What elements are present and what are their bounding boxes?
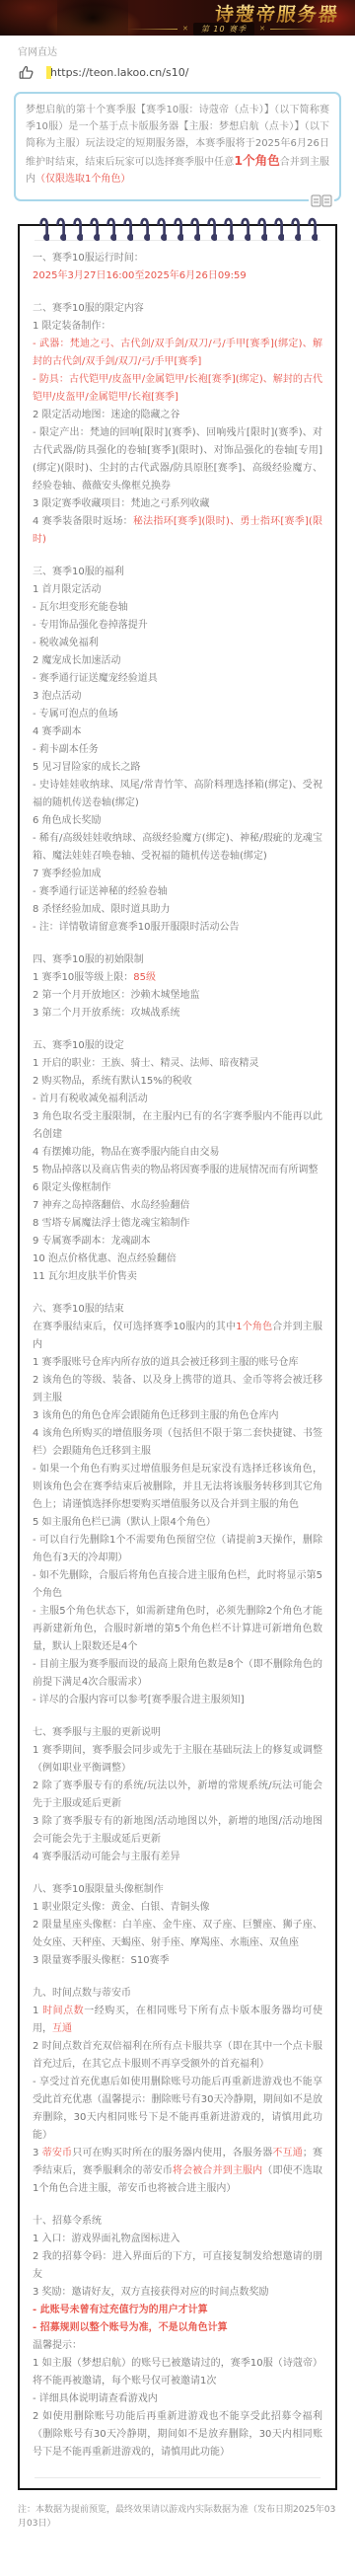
doc-line: 2 魔宠成长加速活动: [33, 652, 322, 670]
spiral-ring-icon: [55, 213, 66, 243]
doc-line: 7 神弃之岛掉落翻倍、水岛经验翻倍: [33, 1197, 322, 1215]
doc-line: 1 入口：游戏界面礼物盒图标进入: [33, 2231, 322, 2248]
text-segment: 2 如使用删除账号功能后再重新进游戏也不能享受此招募令福利（删除账号有30天冷静…: [33, 2411, 322, 2458]
doc-line: 3 限量赛季服头像框：S10赛季: [33, 1952, 322, 1970]
text-segment: 1 开启的职业：王族、骑士、精灵、法师、暗夜精灵: [33, 1058, 259, 1069]
doc-section: 六、赛季10服的结束在赛季服结束后，仅可选择赛季10服内的其中1个角色合并到主服…: [33, 1301, 322, 1709]
banner-subtitle: 第 10 赛季: [193, 23, 254, 36]
text-segment: 四、赛季10服的初始限制: [33, 954, 144, 965]
highlight-text-segment: - 防具：古代铠甲/皮盔甲/金属铠甲/长袍[赛季](绑定)、解封的古代铠甲/皮盔…: [33, 374, 322, 403]
doc-line: 4 赛季装备限时返场：秘法指环[赛季](限时)、勇士指环[赛季](限时): [33, 513, 322, 549]
text-segment: 1 如主服（梦想启航）的账号已被邀请过的，赛季10服（诗蔻帝）将不能再被邀请，每…: [33, 2358, 322, 2387]
text-segment: 11 瓦尔坦皮肤半价售卖: [33, 1271, 137, 1282]
text-segment: 2 除了赛季服专有的系统/玩法以外，新增的常规系统/玩法可能会先于主服或延后更新: [33, 1780, 322, 1809]
decor-line-right: [270, 29, 321, 30]
doc-line: 六、赛季10服的结束: [33, 1301, 322, 1319]
spiral-ring-icon: [240, 213, 250, 243]
notice-paper: 一、赛季10服运行时间：2025年3月27日16:00至2025年6月26日09…: [18, 224, 337, 2490]
highlight-text-segment: 时间点数: [42, 2006, 84, 2016]
doc-line: 4 有摆摊功能，物品在赛季服内能自由交易: [33, 1144, 322, 1162]
doc-line: - 详尽的合服内容可以参考[赛季服合进主服须知]: [33, 1692, 322, 1709]
spiral-ring-icon: [139, 213, 150, 243]
doc-line: - 如不先删除，合服后将角色直接合进主服角色栏，此时将显示第5个角色: [33, 1567, 322, 1603]
season-banner: 诗蔻帝服务器 ✕ 第 10 赛季 ✕: [0, 0, 355, 36]
spiral-ring-icon: [256, 213, 267, 243]
highlight-text-segment: 1个角色: [236, 1322, 272, 1332]
doc-line: 2 限量星座头像框：白羊座、金牛座、双子座、巨蟹座、狮子座、处女座、天秤座、天蝎…: [33, 1917, 322, 1952]
highlight-text-segment: （仅限选取1个角色）: [35, 174, 130, 185]
doc-line: - 限定产出：梵迪的回响[限时](赛季)、回响残片[限时](赛季)、对古代武器/…: [33, 424, 322, 495]
doc-line: - 享受过首充优惠后如使用删除账号功能后再重新进游戏也不能享受此首充优惠（温馨提…: [33, 2074, 322, 2145]
highlight-text-segment: - 招募规则以整个账号为准，不是以角色计算: [33, 2322, 228, 2333]
text-segment: 5 如主服角色栏已满（默认上限4个角色）: [33, 1517, 216, 1528]
doc-line: 3 奖励：邀请好友，双方直接获得对应的时间点数奖励: [33, 2284, 322, 2302]
spiral-ring-icon: [156, 213, 167, 243]
spiral-ring-icon: [89, 213, 100, 243]
text-segment: - 目前主服为赛季服而设的最高上限角色数是8个（即不删除角色的前提下满足4次合服…: [33, 1659, 322, 1688]
text-segment: 2 限量星座头像框：白羊座、金牛座、双子座、巨蟹座、狮子座、处女座、天秤座、天蝎…: [33, 1920, 322, 1948]
text-segment: 3: [33, 2148, 42, 2159]
doc-line: - 防具：古代铠甲/皮盔甲/金属铠甲/长袍[赛季](绑定)、解封的古代铠甲/皮盔…: [33, 371, 322, 407]
season-intro-box: 梦想启航的第十个赛季服【赛季10服：诗蔻帝（点卡）】（以下简称赛季10服）是一个…: [14, 92, 341, 201]
doc-line: 十、招募令系统: [33, 2213, 322, 2231]
doc-line: - 可以自行先删除1个不需要角色预留空位（请提前3天操作，删除角色有3天的冷却期…: [33, 1532, 322, 1567]
doc-line: 4 赛季副本: [33, 723, 322, 741]
doc-line: 1 首月限定活动: [33, 581, 322, 599]
doc-line: - 详细具体说明请查看游戏内: [33, 2390, 322, 2408]
text-segment: 1 入口：游戏界面礼物盒图标进入: [33, 2234, 180, 2244]
doc-line: 八、赛季10服限量头像框制作: [33, 1881, 322, 1899]
decor-line-left: [126, 29, 177, 30]
doc-line: 2 时间点数首充双倍福利在所有点卡服共享（即在其中一个点卡服首充过后，在其它点卡…: [33, 2038, 322, 2074]
official-site-row: https://teon.lakoo.cn/s10/: [18, 64, 355, 81]
doc-line: 8 杀怪经验加成、限时道具助力: [33, 901, 322, 919]
season-notice-document: 一、赛季10服运行时间：2025年3月27日16:00至2025年6月26日09…: [33, 250, 322, 2462]
highlight-text-segment: 1个角色: [234, 153, 279, 168]
text-segment: 7 赛季经验加成: [33, 869, 102, 879]
thumbs-up-icon[interactable]: [18, 64, 35, 81]
doc-section: 三、赛季10服的福利1 首月限定活动- 瓦尔坦变形充能卷轴- 专用饰品强化卷掉落…: [33, 564, 322, 937]
doc-line: - 赛季通行证送神秘的经验卷轴: [33, 883, 322, 901]
doc-line: - 注：详情敬请留意赛季10服开服限时活动公告: [33, 919, 322, 937]
doc-line: 3 第二个月开放系统：攻城战系统: [33, 1005, 322, 1023]
doc-section: 七、赛季服与主服的更新说明1 赛季期间，赛季服会同步或先于主服在基础玩法上的修复…: [33, 1724, 322, 1866]
doc-line: 6 限定头像框制作: [33, 1179, 322, 1197]
doc-line: - 招募规则以整个账号为准，不是以角色计算: [33, 2319, 322, 2337]
text-segment: 3 限定赛季收藏项目：梵迪之弓系列收藏: [33, 498, 210, 509]
text-segment: - 稀有/高级娃娃收纳球、高级经验魔方(绑定)、神秘/瑕疵的龙魂宝箱、魔法娃娃召…: [33, 833, 322, 862]
doc-line: 2 第一个月开放地区：沙赖木城堡地监: [33, 987, 322, 1005]
text-segment: 3 除了赛季服专有的新地图/活动地图以外，新增的地图/活动地图会可能会先于主服或…: [33, 1816, 322, 1845]
text-segment: 2 该角色的等级、装备、以及身上携带的道具、金币等将会被迁移到主服: [33, 1375, 322, 1403]
doc-section: 八、赛季10服限量头像框制作1 职业限定头像：黄金、白银、青铜头像2 限量星座头…: [33, 1881, 322, 1970]
text-segment: 1: [33, 2006, 42, 2016]
text-segment: 9 专属赛季副本：龙魂副本: [33, 1236, 151, 1247]
doc-line: 10 泡点价格优惠、泡点经验翻倍: [33, 1250, 322, 1268]
text-segment: 4 该角色所购买的增值服务项（包括但不限于第二套快捷键、书签栏）会跟随角色迁移到…: [33, 1428, 322, 1457]
text-segment: - 专属可泡点的鱼场: [33, 709, 118, 720]
season-intro-text: 梦想启航的第十个赛季服【赛季10服：诗蔻帝（点卡）】（以下简称赛季10服）是一个…: [26, 105, 329, 185]
text-segment: - 莉卡副本任务: [33, 744, 99, 755]
text-segment: - 如不先删除，合服后将角色直接合进主服角色栏，此时将显示第5个角色: [33, 1570, 322, 1599]
notebook-spiral-rings: [0, 213, 355, 243]
text-segment: 8 杀怪经验加成、限时道具助力: [33, 904, 171, 915]
spiral-ring-icon: [223, 213, 234, 243]
doc-line: 七、赛季服与主服的更新说明: [33, 1724, 322, 1742]
doc-line: 6 角色成长奖励: [33, 812, 322, 830]
doc-section: 一、赛季10服运行时间：2025年3月27日16:00至2025年6月26日09…: [33, 250, 322, 285]
doc-line: - 瓦尔坦变形充能卷轴: [33, 599, 322, 617]
text-segment: 三、赛季10服的福利: [33, 567, 124, 577]
text-segment: - 税收减免福利: [33, 638, 99, 648]
text-segment: 7 神弃之岛掉落翻倍、水岛经验翻倍: [33, 1200, 190, 1211]
doc-line: 4 赛季服活动可能会与主服有差异: [33, 1849, 322, 1866]
spiral-ring-icon: [307, 213, 318, 243]
doc-section: 四、赛季10服的初始限制1 赛季10服等级上限：85级2 第一个月开放地区：沙赖…: [33, 951, 322, 1023]
doc-line: 1 赛季服账号仓库内所存放的道具会被迁移到主服的账号仓库: [33, 1354, 322, 1372]
text-segment: 1 赛季10服等级上限：: [33, 972, 133, 983]
text-segment: 3 该角色的角色仓库会跟随角色迁移到主服的角色仓库内: [33, 1410, 279, 1421]
doc-line: 7 赛季经验加成: [33, 866, 322, 883]
doc-line: - 首月有税收减免福利活动: [33, 1091, 322, 1108]
doc-line: - 莉卡副本任务: [33, 741, 322, 759]
text-segment: 七、赛季服与主服的更新说明: [33, 1727, 161, 1738]
text-segment: 1 赛季服账号仓库内所存放的道具会被迁移到主服的账号仓库: [33, 1357, 299, 1368]
text-segment: 3 限量赛季服头像框：S10赛季: [33, 1955, 170, 1966]
highlight-text-segment: - 此账号未曾有过充值行为的用户才计算: [33, 2305, 208, 2315]
text-segment: - 史诗娃娃收纳球、凤尾/常青竹竿、高阶料理选择箱(绑定)、受祝福的随机传送卷轴…: [33, 780, 322, 808]
text-segment: 五、赛季10服的设定: [33, 1040, 124, 1051]
text-segment: 6 限定头像框制作: [33, 1182, 111, 1193]
doc-line: 1 赛季10服等级上限：85级: [33, 969, 322, 987]
doc-section: 十、招募令系统1 入口：游戏界面礼物盒图标进入2 我的招募令码：进入界面后的下方…: [33, 2213, 322, 2462]
doc-line: 四、赛季10服的初始限制: [33, 951, 322, 969]
doc-line: 3 限定赛季收藏项目：梵迪之弓系列收藏: [33, 495, 322, 513]
highlight-text-segment: 2025年3月27日16:00至2025年6月26日09:59: [33, 270, 247, 281]
doc-line: 五、赛季10服的设定: [33, 1037, 322, 1055]
text-segment: - 专用饰品强化卷掉落提升: [33, 620, 148, 631]
text-segment: 在赛季服结束后，仅可选择赛季10服内的其中: [33, 1322, 236, 1332]
doc-line: 5 物品掉落以及商店售卖的物品将因赛季服的进展情况而有所调整: [33, 1162, 322, 1179]
text-segment: 2 购买物品，系统有默认15%的税收: [33, 1076, 192, 1087]
banner-subtitle-row: ✕ 第 10 赛季 ✕: [126, 23, 321, 36]
text-segment: 3 奖励：邀请好友，双方直接获得对应的时间点数奖励: [33, 2287, 269, 2298]
text-segment: 2 第一个月开放地区：沙赖木城堡地监: [33, 990, 200, 1001]
doc-line: 4 该角色所购买的增值服务项（包括但不限于第二套快捷键、书签栏）会跟随角色迁移到…: [33, 1425, 322, 1461]
text-segment: 2 魔宠成长加速活动: [33, 655, 121, 666]
text-segment: 1 职业限定头像：黄金、白银、青铜头像: [33, 1902, 210, 1913]
text-segment: 2 我的招募令码：进入界面后的下方，可直接复制发给想邀请的朋友: [33, 2251, 322, 2280]
open-book-icon[interactable]: [309, 194, 334, 207]
bottom-spacer: [0, 2531, 355, 2576]
highlight-text-segment: 将会被合并到主服内: [173, 2165, 262, 2176]
text-segment: 十、招募令系统: [33, 2216, 102, 2227]
highlight-text-segment: 互通: [52, 2023, 72, 2034]
doc-line: 3 角色取名受主服限制，在主服内已有的名字赛季服内不能再以此名创建: [33, 1108, 322, 1144]
release-footnote: 注：本数据为提前预览，最终效果请以游戏内实际数据为准（发布日期2025年03月0…: [18, 2503, 337, 2531]
doc-line: 1 限定装备制作：: [33, 318, 322, 336]
text-segment: 3 第二个月开放系统：攻城战系统: [33, 1008, 180, 1019]
text-segment: - 享受过首充优惠后如使用删除账号功能后再重新进游戏也不能享受此首充优惠（温馨提…: [33, 2077, 322, 2141]
text-segment: - 赛季通行证送神秘的经验卷轴: [33, 886, 168, 897]
official-site-label: 官网直达: [18, 43, 355, 58]
text-segment: 2 限定活动地图：迷途的隐藏之谷: [33, 410, 180, 420]
text-segment: 5 物品掉落以及商店售卖的物品将因赛季服的进展情况而有所调整: [33, 1165, 319, 1175]
text-segment: 六、赛季10服的结束: [33, 1304, 124, 1315]
doc-line: - 目前主服为赛季服而设的最高上限角色数是8个（即不删除角色的前提下满足4次合服…: [33, 1656, 322, 1692]
text-segment: - 瓦尔坦变形充能卷轴: [33, 602, 128, 613]
doc-line: 温馨提示：: [33, 2337, 322, 2355]
text-segment: - 限定产出：梵迪的回响[限时](赛季)、回响残片[限时](赛季)、对古代武器/…: [33, 427, 322, 492]
text-segment: 1 限定装备制作：: [33, 321, 111, 332]
doc-line: - 稀有/高级娃娃收纳球、高级经验魔方(绑定)、神秘/瑕疵的龙魂宝箱、魔法娃娃召…: [33, 830, 322, 866]
highlight-text-segment: 蒂安币: [42, 2148, 72, 2159]
spiral-ring-icon: [290, 213, 301, 243]
highlight-text-segment: - 武器：梵迪之弓、古代剑/双手剑/双刀/弓/手甲[赛季](绑定)、解封的古代剑…: [33, 339, 322, 367]
text-segment: - 如果一个角色有购买过增值服务但是玩家没有选择迁移该角色，则该角色会在赛季结束…: [33, 1464, 322, 1510]
doc-line: 1 职业限定头像：黄金、白银、青铜头像: [33, 1899, 322, 1917]
doc-line: 一、赛季10服运行时间：: [33, 250, 322, 267]
text-segment: 5 见习冒险家的成长之路: [33, 762, 141, 773]
text-segment: 温馨提示：: [33, 2340, 82, 2351]
spiral-ring-icon: [173, 213, 183, 243]
doc-line: 8 雪塔专属魔法浮士德龙魂宝箱制作: [33, 1215, 322, 1233]
doc-line: 二、赛季10服的限定内容: [33, 300, 322, 318]
doc-line: - 此账号未曾有过充值行为的用户才计算: [33, 2302, 322, 2319]
spiral-ring-icon: [273, 213, 284, 243]
doc-section: 五、赛季10服的设定1 开启的职业：王族、骑士、精灵、法师、暗夜精灵2 购买物品…: [33, 1037, 322, 1286]
doc-line: - 专属可泡点的鱼场: [33, 706, 322, 723]
doc-line: 3 泡点活动: [33, 688, 322, 706]
doc-line: 5 如主服角色栏已满（默认上限4个角色）: [33, 1514, 322, 1532]
doc-line: 11 瓦尔坦皮肤半价售卖: [33, 1268, 322, 1286]
spiral-ring-icon: [189, 213, 200, 243]
doc-line: 2 我的招募令码：进入界面后的下方，可直接复制发给想邀请的朋友: [33, 2248, 322, 2284]
doc-line: - 赛季通行证送魔宠经验道具: [33, 670, 322, 688]
doc-line: - 税收减免福利: [33, 635, 322, 652]
doc-line: 5 见习冒险家的成长之路: [33, 759, 322, 777]
doc-line: 在赛季服结束后，仅可选择赛季10服内的其中1个角色合并到主服内: [33, 1319, 322, 1354]
official-site-link[interactable]: https://teon.lakoo.cn/s10/: [46, 66, 188, 79]
text-segment: 3 角色取名受主服限制，在主服内已有的名字赛季服内不能再以此名创建: [33, 1111, 322, 1140]
text-segment: 1 赛季期间，赛季服会同步或先于主服在基础玩法上的修复或调整（例如职业平衡调整）: [33, 1745, 322, 1774]
text-segment: 八、赛季10服限量头像框制作: [33, 1884, 164, 1895]
decor-x-icon: ✕: [182, 26, 188, 33]
doc-line: 9 专属赛季副本：龙魂副本: [33, 1233, 322, 1250]
text-segment: - 赛季通行证送魔宠经验道具: [33, 673, 158, 684]
text-segment: - 主服5个角色状态下，如需新建角色时，必须先删除2个角色才能再新建新角色，合服…: [33, 1606, 322, 1652]
highlight-text-segment: 不互通: [272, 2148, 302, 2159]
doc-line: 2 购买物品，系统有默认15%的税收: [33, 1073, 322, 1091]
spiral-ring-icon: [106, 213, 116, 243]
text-segment: 一、赛季10服运行时间：: [33, 253, 144, 264]
doc-section: 九、时间点数与蒂安币1 时间点数一经购买，在相同账号下所有点卡版本服务器均可使用…: [33, 1985, 322, 2198]
doc-line: - 专用饰品强化卷掉落提升: [33, 617, 322, 635]
doc-line: 2 该角色的等级、装备、以及身上携带的道具、金币等将会被迁移到主服: [33, 1372, 322, 1407]
text-segment: 4 赛季装备限时返场：: [33, 516, 133, 527]
doc-line: - 主服5个角色状态下，如需新建角色时，必须先删除2个角色才能再新建新角色，合服…: [33, 1603, 322, 1656]
doc-line: 1 如主服（梦想启航）的账号已被邀请过的，赛季10服（诗蔻帝）将不能再被邀请，每…: [33, 2355, 322, 2390]
text-segment: 九、时间点数与蒂安币: [33, 1988, 131, 1999]
text-segment: 6 角色成长奖励: [33, 815, 102, 826]
doc-line: 2 除了赛季服专有的系统/玩法以外，新增的常规系统/玩法可能会先于主服或延后更新: [33, 1778, 322, 1813]
doc-line: 三、赛季10服的福利: [33, 564, 322, 581]
text-segment: 8 雪塔专属魔法浮士德龙魂宝箱制作: [33, 1218, 190, 1229]
paper-bottom-divider: [35, 2477, 320, 2478]
text-segment: 4 有摆摊功能，物品在赛季服内能自由交易: [33, 1147, 220, 1158]
text-segment: 二、赛季10服的限定内容: [33, 303, 144, 314]
text-segment: 只可在购买时所在的服务器内使用，各服务器: [72, 2148, 272, 2159]
text-segment: - 可以自行先删除1个不需要角色预留空位（请提前3天操作，删除角色有3天的冷却期…: [33, 1535, 322, 1563]
doc-line: 1 开启的职业：王族、骑士、精灵、法师、暗夜精灵: [33, 1055, 322, 1073]
doc-line: 1 赛季期间，赛季服会同步或先于主服在基础玩法上的修复或调整（例如职业平衡调整）: [33, 1742, 322, 1778]
doc-line: 3 该角色的角色仓库会跟随角色迁移到主服的角色仓库内: [33, 1407, 322, 1425]
text-segment: 1 首月限定活动: [33, 584, 102, 595]
doc-line: 1 时间点数一经购买，在相同账号下所有点卡版本服务器均可使用，互通: [33, 2003, 322, 2038]
doc-section: 二、赛季10服的限定内容1 限定装备制作：- 武器：梵迪之弓、古代剑/双手剑/双…: [33, 300, 322, 549]
doc-line: 2025年3月27日16:00至2025年6月26日09:59: [33, 267, 322, 285]
doc-line: 2 如使用删除账号功能后再重新进游戏也不能享受此招募令福利（删除账号有30天冷静…: [33, 2408, 322, 2462]
text-segment: 4 赛季副本: [33, 726, 82, 737]
text-segment: 10 泡点价格优惠、泡点经验翻倍: [33, 1253, 177, 1264]
text-segment: - 注：详情敬请留意赛季10服开服限时活动公告: [33, 922, 240, 933]
doc-line: - 史诗娃娃收纳球、凤尾/常青竹竿、高阶料理选择箱(绑定)、受祝福的随机传送卷轴…: [33, 777, 322, 812]
spiral-ring-icon: [72, 213, 83, 243]
doc-line: 3 除了赛季服专有的新地图/活动地图以外，新增的地图/活动地图会可能会先于主服或…: [33, 1813, 322, 1849]
text-segment: 4 赛季服活动可能会与主服有差异: [33, 1852, 180, 1862]
text-segment: - 首月有税收减免福利活动: [33, 1094, 148, 1104]
text-segment: - 详细具体说明请查看游戏内: [33, 2393, 158, 2404]
highlight-text-segment: 85级: [133, 972, 156, 983]
spiral-ring-icon: [206, 213, 217, 243]
doc-line: 3 蒂安币只可在购买时所在的服务器内使用，各服务器不互通；赛季结束后，赛季服剩余…: [33, 2145, 322, 2198]
spiral-ring-icon: [38, 213, 49, 243]
spiral-ring-icon: [122, 213, 133, 243]
official-site-url: https://teon.lakoo.cn/s10/: [50, 66, 188, 79]
decor-x-icon: ✕: [259, 26, 265, 33]
doc-line: - 武器：梵迪之弓、古代剑/双手剑/双刀/弓/手甲[赛季](绑定)、解封的古代剑…: [33, 336, 322, 371]
text-segment: 3 泡点活动: [33, 691, 82, 702]
doc-line: 2 限定活动地图：迷途的隐藏之谷: [33, 407, 322, 424]
text-segment: - 详尽的合服内容可以参考[赛季服合进主服须知]: [33, 1695, 245, 1705]
doc-line: - 如果一个角色有购买过增值服务但是玩家没有选择迁移该角色，则该角色会在赛季结束…: [33, 1461, 322, 1514]
text-segment: 2 时间点数首充双倍福利在所有点卡服共享（即在其中一个点卡服首充过后，在其它点卡…: [33, 2041, 322, 2070]
doc-line: 九、时间点数与蒂安币: [33, 1985, 322, 2003]
